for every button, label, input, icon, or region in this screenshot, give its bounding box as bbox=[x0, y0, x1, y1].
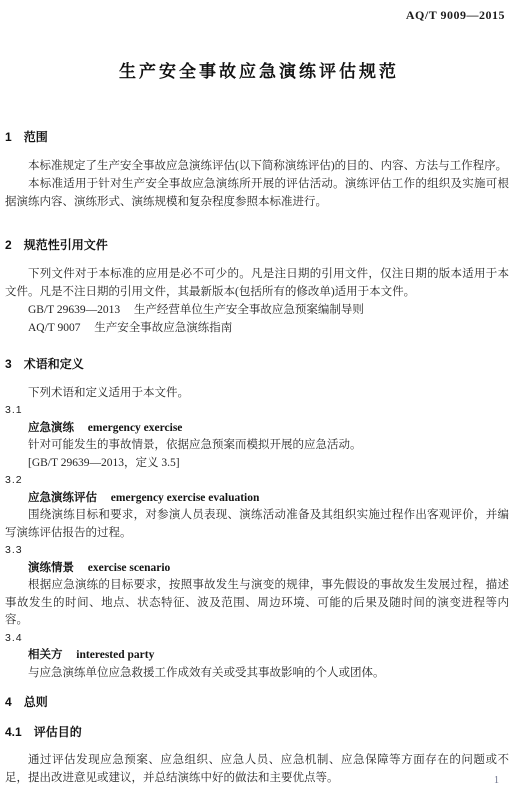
term-name: 演练情景 bbox=[28, 562, 74, 574]
term-name: 相关方 bbox=[28, 649, 63, 661]
clause-number: 3.1 bbox=[5, 402, 509, 420]
section-3-intro: 下列术语和定义适用于本文件。 bbox=[5, 384, 509, 402]
section-4-heading: 4总则 bbox=[5, 695, 509, 710]
term-line: 相关方interested party bbox=[5, 647, 509, 665]
term-english: exercise scenario bbox=[88, 562, 171, 574]
section-4-1-number: 4.1 bbox=[5, 725, 22, 740]
section-2-paragraph: 下列文件对于本标准的应用是必不可少的。凡是注日期的引用文件，仅注日期的版本适用于… bbox=[5, 265, 509, 301]
reference-code: GB/T 29639—2013 bbox=[28, 304, 120, 316]
section-3-number: 3 bbox=[5, 357, 12, 372]
section-2-heading: 2规范性引用文件 bbox=[5, 238, 509, 253]
section-1-title: 范围 bbox=[24, 130, 48, 144]
term-english: emergency exercise evaluation bbox=[111, 492, 260, 504]
term-name: 应急演练 bbox=[28, 422, 74, 434]
term-source: [GB/T 29639—2013，定义 3.5] bbox=[5, 455, 509, 473]
section-1-heading: 1范围 bbox=[5, 130, 509, 145]
section-1-paragraph: 本标准适用于针对生产安全事故应急演练所开展的评估活动。演练评估工作的组织及实施可… bbox=[5, 175, 509, 211]
term-definition: 与应急演练单位应急救援工作成效有关或受其事故影响的个人或团体。 bbox=[5, 665, 509, 683]
term-line: 演练情景exercise scenario bbox=[5, 560, 509, 578]
clause-number: 3.2 bbox=[5, 472, 509, 490]
term-definition: 围绕演练目标和要求，对参演人员表现、演练活动准备及其组织实施过程作出客观评价，并… bbox=[5, 507, 509, 542]
section-1-number: 1 bbox=[5, 130, 12, 145]
section-4-1-title: 评估目的 bbox=[34, 725, 82, 739]
standard-code: AQ/T 9009—2015 bbox=[406, 8, 505, 23]
section-4-1-paragraph: 通过评估发现应急预案、应急组织、应急人员、应急机制、应急保障等方面存在的问题或不… bbox=[5, 751, 509, 787]
reference-title: 生产经营单位生产安全事故应急预案编制导则 bbox=[134, 304, 364, 316]
reference-item: GB/T 29639—2013生产经营单位生产安全事故应急预案编制导则 bbox=[5, 301, 509, 319]
section-4-number: 4 bbox=[5, 695, 12, 710]
clause-number: 3.3 bbox=[5, 542, 509, 560]
term-line: 应急演练emergency exercise bbox=[5, 420, 509, 438]
term-entry: 3.1 应急演练emergency exercise 针对可能发生的事故情景，依… bbox=[5, 402, 509, 472]
term-line: 应急演练评估emergency exercise evaluation bbox=[5, 490, 509, 508]
section-2-number: 2 bbox=[5, 238, 12, 253]
section-2-title: 规范性引用文件 bbox=[24, 238, 108, 252]
term-definition: 针对可能发生的事故情景，依据应急预案而模拟开展的应急活动。 bbox=[5, 437, 509, 455]
reference-title: 生产安全事故应急演练指南 bbox=[94, 322, 232, 334]
clause-number: 3.4 bbox=[5, 630, 509, 648]
term-entry: 3.3 演练情景exercise scenario 根据应急演练的目标要求，按照… bbox=[5, 542, 509, 630]
section-3-heading: 3术语和定义 bbox=[5, 357, 509, 372]
section-1-paragraph: 本标准规定了生产安全事故应急演练评估(以下简称演练评估)的目的、内容、方法与工作… bbox=[5, 157, 509, 175]
term-english: interested party bbox=[76, 649, 154, 661]
section-4-1-heading: 4.1评估目的 bbox=[5, 725, 509, 740]
section-4-title: 总则 bbox=[24, 695, 48, 709]
term-definition: 根据应急演练的目标要求，按照事故发生与演变的规律，事先假设的事故发生发展过程，描… bbox=[5, 577, 509, 630]
document-body: 1范围 本标准规定了生产安全事故应急演练评估(以下简称演练评估)的目的、内容、方… bbox=[0, 130, 518, 787]
term-english: emergency exercise bbox=[88, 422, 183, 434]
term-name: 应急演练评估 bbox=[28, 492, 97, 504]
term-entry: 3.4 相关方interested party 与应急演练单位应急救援工作成效有… bbox=[5, 630, 509, 683]
section-3-title: 术语和定义 bbox=[24, 357, 84, 371]
term-entry: 3.2 应急演练评估emergency exercise evaluation … bbox=[5, 472, 509, 542]
reference-item: AQ/T 9007生产安全事故应急演练指南 bbox=[5, 319, 509, 337]
reference-code: AQ/T 9007 bbox=[28, 322, 81, 334]
page-number: 1 bbox=[494, 775, 499, 786]
document-title: 生产安全事故应急演练评估规范 bbox=[0, 57, 518, 82]
document-page: AQ/T 9009—2015 生产安全事故应急演练评估规范 1范围 本标准规定了… bbox=[0, 0, 518, 797]
